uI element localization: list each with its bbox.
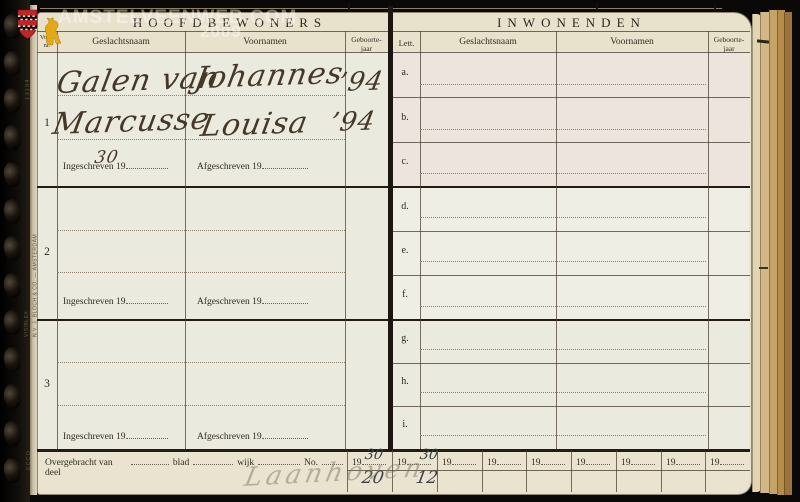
year-cell-printed: 19 [710,456,744,468]
binding-ring [2,198,23,226]
ingeschreven-label: Ingeschreven 19 [63,295,168,307]
letter-row-label: f. [393,289,417,300]
grid-line [393,406,750,407]
back-card-tab-tick [596,2,598,12]
header-geboortejaar: Geboorte- jaar [345,35,388,54]
writing-line [420,261,706,262]
ingeschreven-text: Ingeschreven 19 [63,297,126,307]
writing-line [420,129,706,130]
handwritten-ingeschreven-year: 30 [93,147,120,168]
year-cell-printed: 19 [666,456,700,468]
dotted-leader [586,456,610,465]
letter-row-label: e. [393,245,417,256]
watermark-year: 2009 [200,22,242,42]
grid-line [37,52,750,53]
form-number: 13194 [25,55,31,100]
ingeschreven-label: Ingeschreven 19 [63,430,168,442]
handwritten-birthyear-2: ’94 [328,106,378,138]
blad-label: blad [173,458,189,468]
header-lett: Lett. [393,38,420,48]
letter-row-label: c. [393,156,417,167]
body-tint [393,187,749,319]
dotted-leader [193,456,233,465]
letter-row-label: g. [393,333,417,344]
back-card-tab-tick [714,3,716,12]
binding-ring [2,420,23,448]
grid-line [482,450,483,492]
header-geboortejaar-right-line2: jaar [723,44,734,53]
dotted-leader [541,456,565,465]
handwritten-surname-2: Marcusse [50,102,213,142]
binding-ring [2,235,23,263]
afgeschreven-label: Afgeschreven 19 [197,295,308,307]
dotted-leader [262,295,308,304]
dotted-leader [126,430,168,439]
grid-line [708,31,709,450]
watermark-site: AMSTELVEENWEB.COM [58,7,297,29]
binding-ring [2,457,23,485]
year-cell-printed: 19 [576,456,610,468]
binding-ring [2,161,23,189]
grid-line [393,275,750,276]
year-cell-printed: 19 [442,456,476,468]
row-number: 2 [37,246,57,258]
year-19: 19 [621,458,631,468]
binding-ring [2,309,23,337]
right-section-title: INWONENDEN [393,15,750,31]
writing-line [420,84,706,85]
binding-ring [2,272,23,300]
grid-line [420,31,421,450]
grid-line [393,142,750,143]
grid-line [37,31,750,32]
writing-line [420,349,706,350]
writing-line [420,306,706,307]
header-geboortejaar-right-line1: Geboorte- [714,35,744,44]
dotted-leader [452,456,476,465]
writing-line [57,405,345,406]
writing-line [420,217,706,218]
dotted-leader [631,456,655,465]
year-19: 19 [710,458,720,468]
binding-ring [2,124,23,152]
letter-row-label: a. [393,67,417,78]
publisher-imprint: VISIBLEX N.V. J. BLOCH & CO. — AMSTERDAM [23,222,40,337]
writing-line [57,362,345,363]
dotted-leader [720,456,744,465]
year-cell-printed: 19 [621,456,655,468]
binding-ring [2,50,23,78]
writing-line [57,230,345,231]
dotted-leader [126,295,168,304]
grid-line [705,450,706,492]
header-geboortejaar-right: Geboorte- jaar [708,35,750,54]
handwritten-birthyear-1: ’94 [336,66,386,98]
grid-line [526,450,527,492]
dotted-leader [131,456,169,465]
grid-line [393,231,750,232]
dotted-leader [126,160,168,169]
afgeschreven-text: Afgeschreven 19 [197,162,262,172]
dotted-leader [676,456,700,465]
body-tint [393,52,749,186]
print-code: ECCO [26,444,32,470]
body-tint [393,321,749,449]
grid-line [556,31,557,450]
row-number: 3 [37,378,57,390]
dotted-leader [262,160,308,169]
grid-line [37,319,750,321]
header-geboortejaar-line1: Geboorte- [351,35,381,44]
grid-line [571,450,572,492]
header-geboortejaar-line2: jaar [361,44,372,53]
afgeschreven-label: Afgeschreven 19 [197,430,308,442]
writing-line [420,435,706,436]
writing-line [420,173,706,174]
handwritten-firstname-1: Johannes [192,56,346,96]
grid-line [661,450,662,492]
year-19: 19 [487,458,497,468]
grid-line [616,450,617,492]
year-cell-printed: 19 [531,456,565,468]
handwritten-firstname-2: Louisa [198,105,311,144]
letter-row-label: d. [393,201,417,212]
binding-ring [2,383,23,411]
letter-row-label: i. [393,419,417,430]
ingeschreven-text: Ingeschreven 19 [63,432,126,442]
header-voornamen-right: Voornamen [556,37,708,47]
afgeschreven-label: Afgeschreven 19 [197,160,308,172]
header-geslachtsnaam: Geslachtsnaam [57,37,185,47]
binding-ring [2,346,23,374]
letter-row-label: h. [393,376,417,387]
afgeschreven-text: Afgeschreven 19 [197,432,262,442]
grid-line [37,449,750,452]
dotted-leader [497,456,521,465]
year-19: 19 [666,458,676,468]
binding-ring [2,87,23,115]
grid-line [37,186,750,188]
year-cell-printed: 19 [487,456,521,468]
pen-mark [759,267,768,269]
letter-row-label: b. [393,112,417,123]
grid-line [393,363,750,364]
overgebracht-label: Overgebracht van deel [45,458,127,478]
dotted-leader [262,430,308,439]
year-19: 19 [576,458,586,468]
year-19: 19 [442,458,452,468]
writing-line [420,392,706,393]
writing-line [57,272,345,273]
scanned-register-page: HOOFDBEWONERS INWONENDEN Volg- nr. Gesla… [0,0,800,502]
year-19: 19 [531,458,541,468]
page-stack-edge [784,12,792,495]
header-geslachtsnaam-right: Geslachtsnaam [420,37,556,47]
grid-line [393,97,750,98]
afgeschreven-text: Afgeschreven 19 [197,297,262,307]
